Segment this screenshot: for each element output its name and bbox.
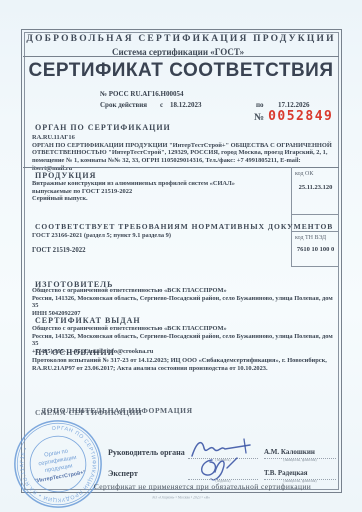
footer-note: Сертификат не применяется при обязательн…	[70, 482, 335, 491]
head-name: А.М. Калошкин	[264, 448, 315, 456]
code-cell-divider-3	[291, 266, 339, 267]
validity-from-label: с	[160, 101, 163, 109]
compliance-line2: ГОСТ 21519-2022	[32, 247, 86, 255]
certificate-page: ДОБРОВОЛЬНАЯ СЕРТИФИКАЦИЯ ПРОДУКЦИИ Сист…	[0, 0, 362, 512]
expert-name: Т.В. Радецкая	[264, 469, 308, 477]
code-cell-divider-2	[291, 231, 339, 232]
expert-role-label: Эксперт	[108, 469, 138, 478]
code-ok-label: код ОК	[295, 171, 313, 177]
head-role-label: Руководитель органа	[108, 448, 185, 457]
code-cell-divider-1	[291, 214, 339, 215]
basis-heading: НА ОСНОВАНИИ	[35, 348, 115, 357]
blank-number: 0052849	[268, 109, 333, 124]
compliance-heading: СООТВЕТСТВУЕТ ТРЕБОВАНИЯМ НОРМАТИВНЫХ ДО…	[35, 222, 333, 231]
registration-number: № РОСС RU.АГ16.Н00054	[100, 90, 183, 98]
additional-information-heading: ДОПОЛНИТЕЛЬНАЯ ИНФОРМАЦИЯ	[41, 406, 193, 415]
product-description: Витражные конструкции из алюминиевых про…	[32, 180, 284, 203]
voluntary-certification-line: ДОБРОВОЛЬНАЯ СЕРТИФИКАЦИЯ ПРОДУКЦИИ	[23, 34, 339, 44]
print-mark: АО «Опцион» • Москва • 2023 • «В»	[106, 496, 256, 500]
validity-from-date: 18.12.2023	[170, 101, 202, 109]
certification-body-round-stamp-icon: ОРГАН ПО СЕРТИФИКАЦИИ ПРОДУКЦИИ • RA.RU.…	[12, 418, 104, 510]
validity-label: Срок действия	[100, 101, 147, 109]
certification-body-heading: ОРГАН ПО СЕРТИФИКАЦИИ	[35, 123, 171, 132]
head-name-caption: (инициалы, фамилия)	[274, 459, 326, 463]
blank-number-block: № 0052849	[254, 107, 333, 125]
expert-signature-icon	[192, 455, 252, 481]
compliance-line1: ГОСТ 23166-2021 (раздел 5; пункт 9.1 раз…	[32, 232, 171, 240]
issued-to-heading: СЕРТИФИКАТ ВЫДАН	[35, 316, 141, 325]
basis-details: Протоколов испытаний № 317-23 от 14.12.2…	[32, 357, 334, 372]
code-tnved-label: код ТН ВЭД	[295, 235, 326, 241]
product-heading: ПРОДУКЦИЯ	[35, 171, 96, 180]
certificate-title: СЕРТИФИКАТ СООТВЕТСТВИЯ	[23, 60, 339, 82]
code-tnved-value: 7610 10 100 0	[292, 246, 339, 253]
blank-number-label: №	[254, 112, 264, 123]
code-ok-value: 25.11.23.120	[292, 184, 339, 191]
manufacturer-details: Общество с ограниченной ответственностью…	[32, 287, 334, 318]
header-divider	[23, 56, 339, 57]
